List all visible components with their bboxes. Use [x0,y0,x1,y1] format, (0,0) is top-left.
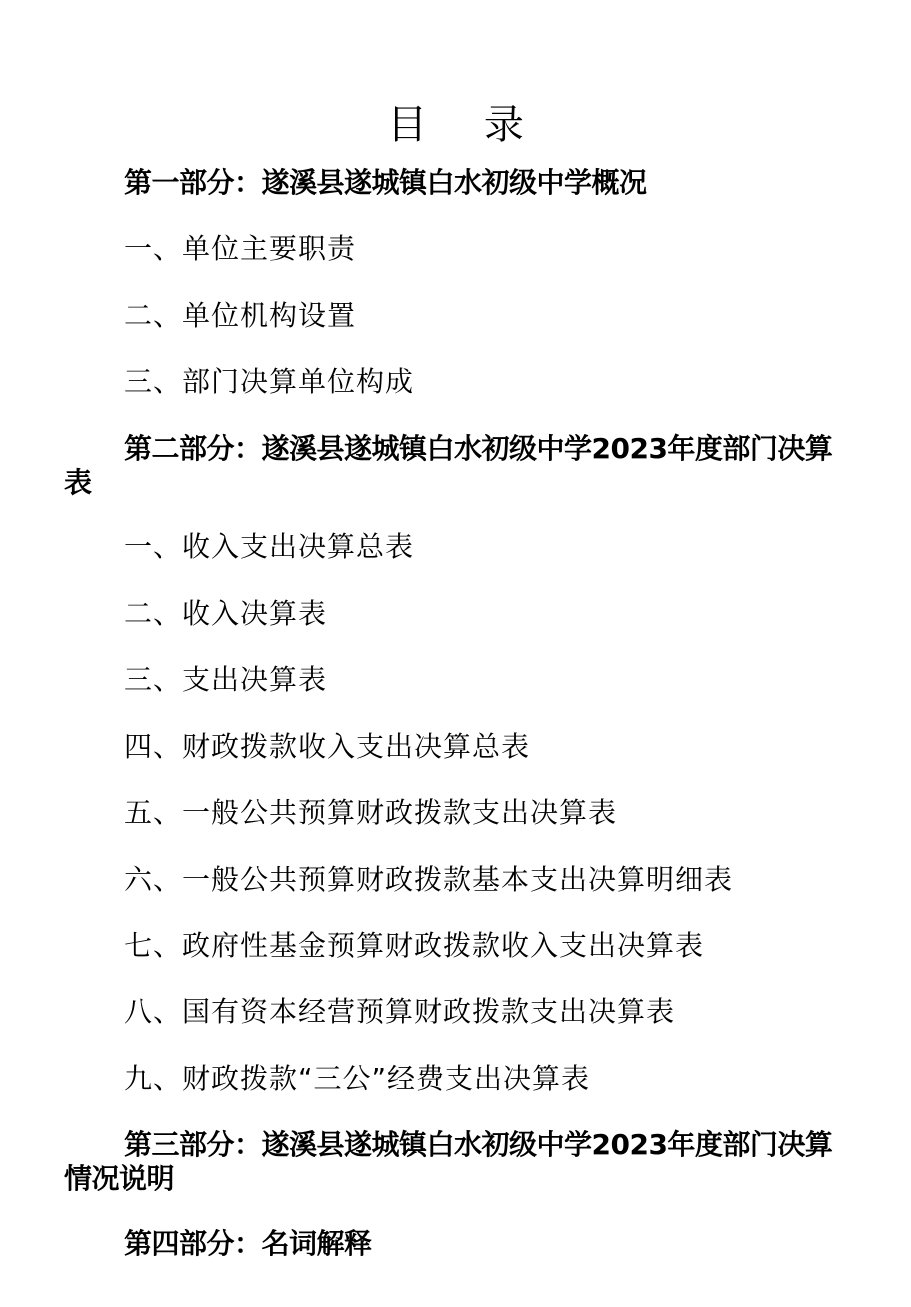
toc-item-2-2: 二、收入决算表 [64,597,854,631]
toc-item-2-8: 八、国有资本经营预算财政拨款支出决算表 [64,995,854,1029]
toc-item-2-4: 四、财政拨款收入支出决算总表 [64,730,854,764]
toc-item-2-7: 七、政府性基金预算财政拨款收入支出决算表 [64,929,854,963]
toc-item-2-5: 五、一般公共预算财政拨款支出决算表 [64,796,854,830]
toc-item-2-3: 三、支出决算表 [64,663,854,697]
toc-part-1: 第一部分：遂溪县遂城镇白水初级中学概况 [64,166,854,200]
toc-item-2-6: 六、一般公共预算财政拨款基本支出决算明细表 [64,863,854,897]
toc-item-1-1: 一、单位主要职责 [64,232,854,266]
page-title: 目 录 [0,99,911,151]
toc-item-1-3: 三、部门决算单位构成 [64,365,854,399]
toc-item-1-2: 二、单位机构设置 [64,299,854,333]
toc-item-2-1: 一、收入支出决算总表 [64,530,854,564]
toc-part-2: 第二部分：遂溪县遂城镇白水初级中学2023年度部门决算表 [64,432,854,500]
toc-item-2-9: 九、财政拨款“三公”经费支出决算表 [64,1062,854,1096]
toc-part-4: 第四部分：名词解释 [64,1227,854,1261]
toc-part-3: 第三部分：遂溪县遂城镇白水初级中学2023年度部门决算情况说明 [64,1128,854,1196]
